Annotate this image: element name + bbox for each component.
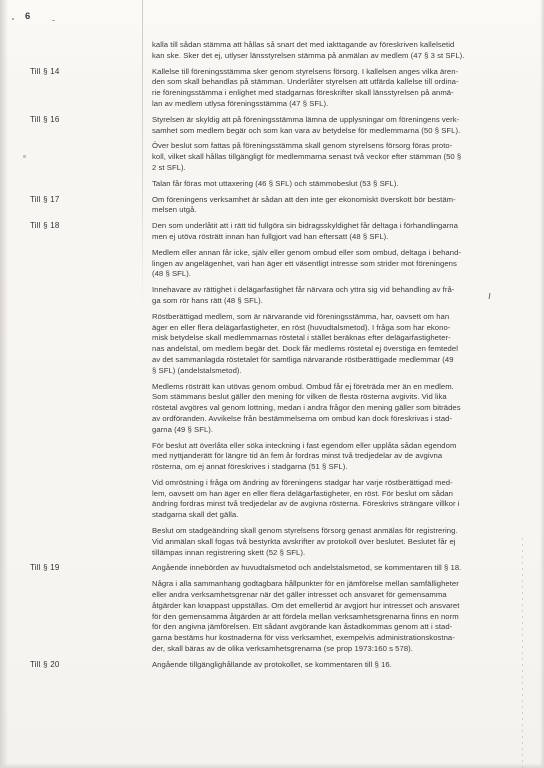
paragraph: kalla till sådan stämma att hållas så sn… [152, 40, 524, 62]
paragraph: Kallelse till föreningsstämma sker genom… [152, 67, 524, 110]
section-till-16: Till § 16 Styrelsen är skyldig att på fö… [0, 115, 544, 195]
margin-label: Till § 18 [0, 221, 152, 232]
section-till-14: Till § 14 Kallelse till föreningsstämma … [0, 67, 544, 115]
paragraph: Några i alla sammanhang godtagbara hållp… [152, 579, 524, 655]
section-continuation: kalla till sådan stämma att hållas så sn… [0, 40, 544, 67]
paragraph: Styrelsen är skyldig att på föreningsstä… [152, 115, 524, 137]
paragraph: Vid omröstning i fråga om ändring av för… [152, 478, 524, 521]
paragraph: Talan får föras mot uttaxering (46 § SFL… [152, 179, 524, 190]
paragraph: Medlems rösträtt kan utövas genom ombud.… [152, 382, 524, 436]
paragraph: Angående innebörden av huvudtalsmetod oc… [152, 563, 524, 574]
document-page: 6 kalla till sådan stämma att hållas så … [0, 0, 544, 768]
scan-speck [12, 18, 14, 20]
section-till-19: Till § 19 Angående innebörden av huvudta… [0, 563, 544, 659]
margin-label: Till § 16 [0, 115, 152, 126]
scan-speck [52, 20, 55, 21]
margin-label: Till § 20 [0, 660, 152, 671]
paragraph: Innehavare av rättighet i delägarfastigh… [152, 285, 524, 307]
paragraph: Röstberättigad medlem, som är närvarande… [152, 312, 524, 377]
paragraph: Angående tillgänglighållande av protokol… [152, 660, 524, 671]
section-till-18: Till § 18 Den som underlåtit att i rätt … [0, 221, 544, 563]
section-till-20: Till § 20 Angående tillgänglighållande a… [0, 660, 544, 676]
page-content: kalla till sådan stämma att hållas så sn… [0, 40, 544, 676]
paragraph: Den som underlåtit att i rätt tid fullgö… [152, 221, 524, 243]
paragraph: Medlem eller annan får icke, själv eller… [152, 248, 524, 280]
paragraph: För beslut att överlåta eller söka intec… [152, 441, 524, 473]
page-number: 6 [25, 11, 30, 22]
margin-label: Till § 19 [0, 563, 152, 574]
scan-edge-shadow-bottom [0, 763, 544, 768]
paragraph: Beslut om stadgeändring skall genom styr… [152, 526, 524, 558]
margin-label: Till § 14 [0, 67, 152, 78]
section-till-17: Till § 17 Om föreningens verksamhet är s… [0, 195, 544, 222]
paragraph: Om föreningens verksamhet är sådan att d… [152, 195, 524, 217]
paragraph: Över beslut som fattas på föreningsstämm… [152, 141, 524, 173]
margin-label: Till § 17 [0, 195, 152, 206]
